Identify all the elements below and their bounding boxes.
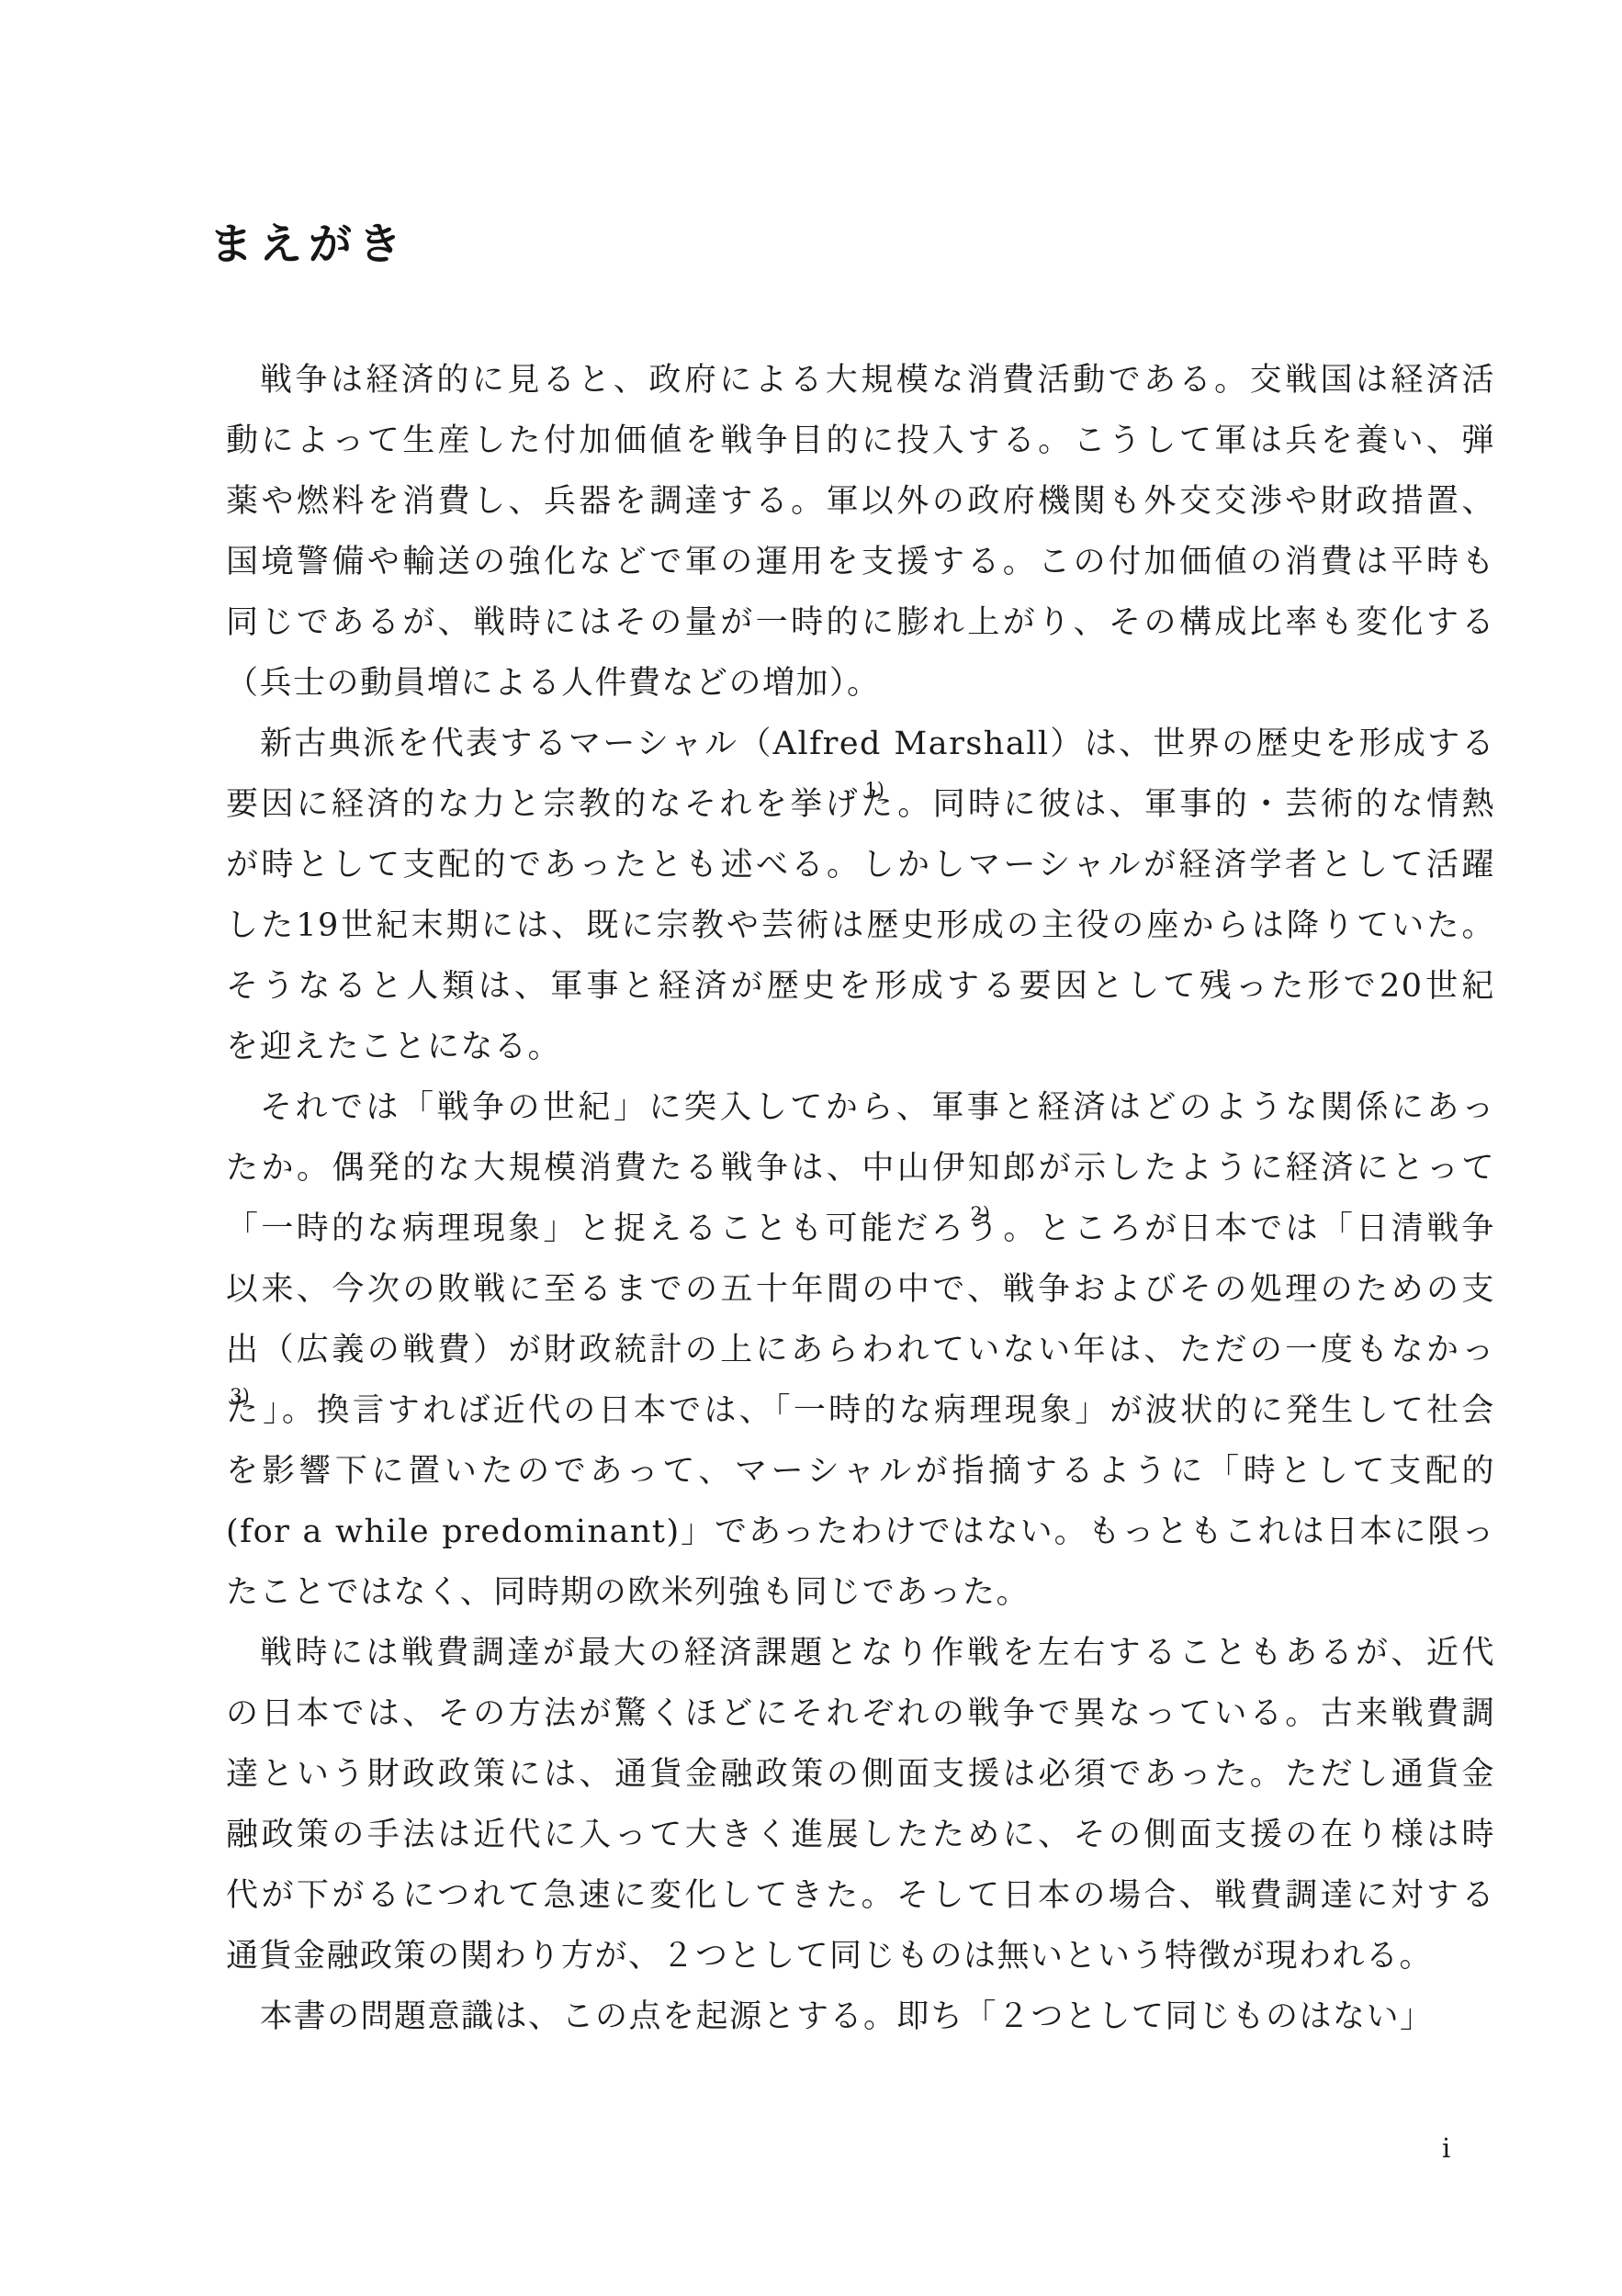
page-title: まえがき (209, 217, 408, 273)
text-line: 「一時的な病理現象」と捉えることも可能だろう2)。ところが日本では「日清戦争 (226, 1199, 1495, 1259)
text-line: 以来、今次の敗戦に至るまでの五十年間の中で、戦争およびその処理のための支 (226, 1259, 1495, 1320)
text-line: 通貨金融政策の関わり方が、２つとして同じものは無いという特徴が現われる。 (226, 1926, 1495, 1986)
text-line: 達という財政政策には、通貨金融政策の側面支援は必須であった。ただし通貨金 (226, 1744, 1495, 1805)
text-line: それでは「戦争の世紀」に突入してから、軍事と経済はどのような関係にあっ (226, 1077, 1495, 1138)
preface-body-text: 戦争は経済的に見ると、政府による大規模な消費活動である。交戦国は経済活動によって… (226, 350, 1495, 2047)
text-line: たことではなく、同時期の欧米列強も同じであった。 (226, 1562, 1495, 1623)
text-line: 本書の問題意識は、この点を起源とする。即ち「２つとして同じものはない」 (226, 1986, 1495, 2047)
text-line: 動によって生産した付加価値を戦争目的に投入する。こうして軍は兵を養い、弾 (226, 411, 1495, 471)
text-line: 新古典派を代表するマーシャル（Alfred Marshall）は、世界の歴史を形… (226, 714, 1495, 774)
text-line: を迎えたことになる。 (226, 1017, 1495, 1077)
text-line: そうなると人類は、軍事と経済が歴史を形成する要因として残った形で20世紀 (226, 956, 1495, 1017)
text-line: 戦争は経済的に見ると、政府による大規模な消費活動である。交戦国は経済活 (226, 350, 1495, 411)
text-line: （兵士の動員増による人件費などの増加）。 (226, 653, 1495, 714)
text-line: 融政策の手法は近代に入って大きく進展したために、その側面支援の在り様は時 (226, 1805, 1495, 1865)
book-page: まえがき 戦争は経済的に見ると、政府による大規模な消費活動である。交戦国は経済活… (0, 0, 1622, 2296)
text-line: (for a while predominant)」であったわけではない。もっと… (226, 1502, 1495, 1562)
text-line: たか。偶発的な大規模消費たる戦争は、中山伊知郎が示したように経済にとって (226, 1138, 1495, 1199)
text-line: が時として支配的であったとも述べる。しかしマーシャルが経済学者として活躍 (226, 835, 1495, 895)
text-line: 代が下がるにつれて急速に変化してきた。そして日本の場合、戦費調達に対する (226, 1865, 1495, 1926)
text-line: 要因に経済的な力と宗教的なそれを挙げた1)。同時に彼は、軍事的・芸術的な情熱 (226, 774, 1495, 835)
text-line: た3)」。換言すれば近代の日本では、「一時的な病理現象」が波状的に発生して社会 (226, 1380, 1495, 1441)
text-line: 同じであるが、戦時にはその量が一時的に膨れ上がり、その構成比率も変化する (226, 592, 1495, 653)
text-line: 戦時には戦費調達が最大の経済課題となり作戦を左右することもあるが、近代 (226, 1623, 1495, 1683)
text-line: 薬や燃料を消費し、兵器を調達する。軍以外の政府機関も外交交渉や財政措置、 (226, 471, 1495, 532)
text-line: 国境警備や輸送の強化などで軍の運用を支援する。この付加価値の消費は平時も (226, 532, 1495, 592)
text-line: の日本では、その方法が驚くほどにそれぞれの戦争で異なっている。古来戦費調 (226, 1683, 1495, 1744)
text-line: した19世紀末期には、既に宗教や芸術は歴史形成の主役の座からは降りていた。 (226, 895, 1495, 956)
page-number: i (1442, 2133, 1450, 2164)
text-line: を影響下に置いたのであって、マーシャルが指摘するように「時として支配的 (226, 1441, 1495, 1502)
text-line: 出（広義の戦費）が財政統計の上にあらわれていない年は、ただの一度もなかっ (226, 1320, 1495, 1380)
